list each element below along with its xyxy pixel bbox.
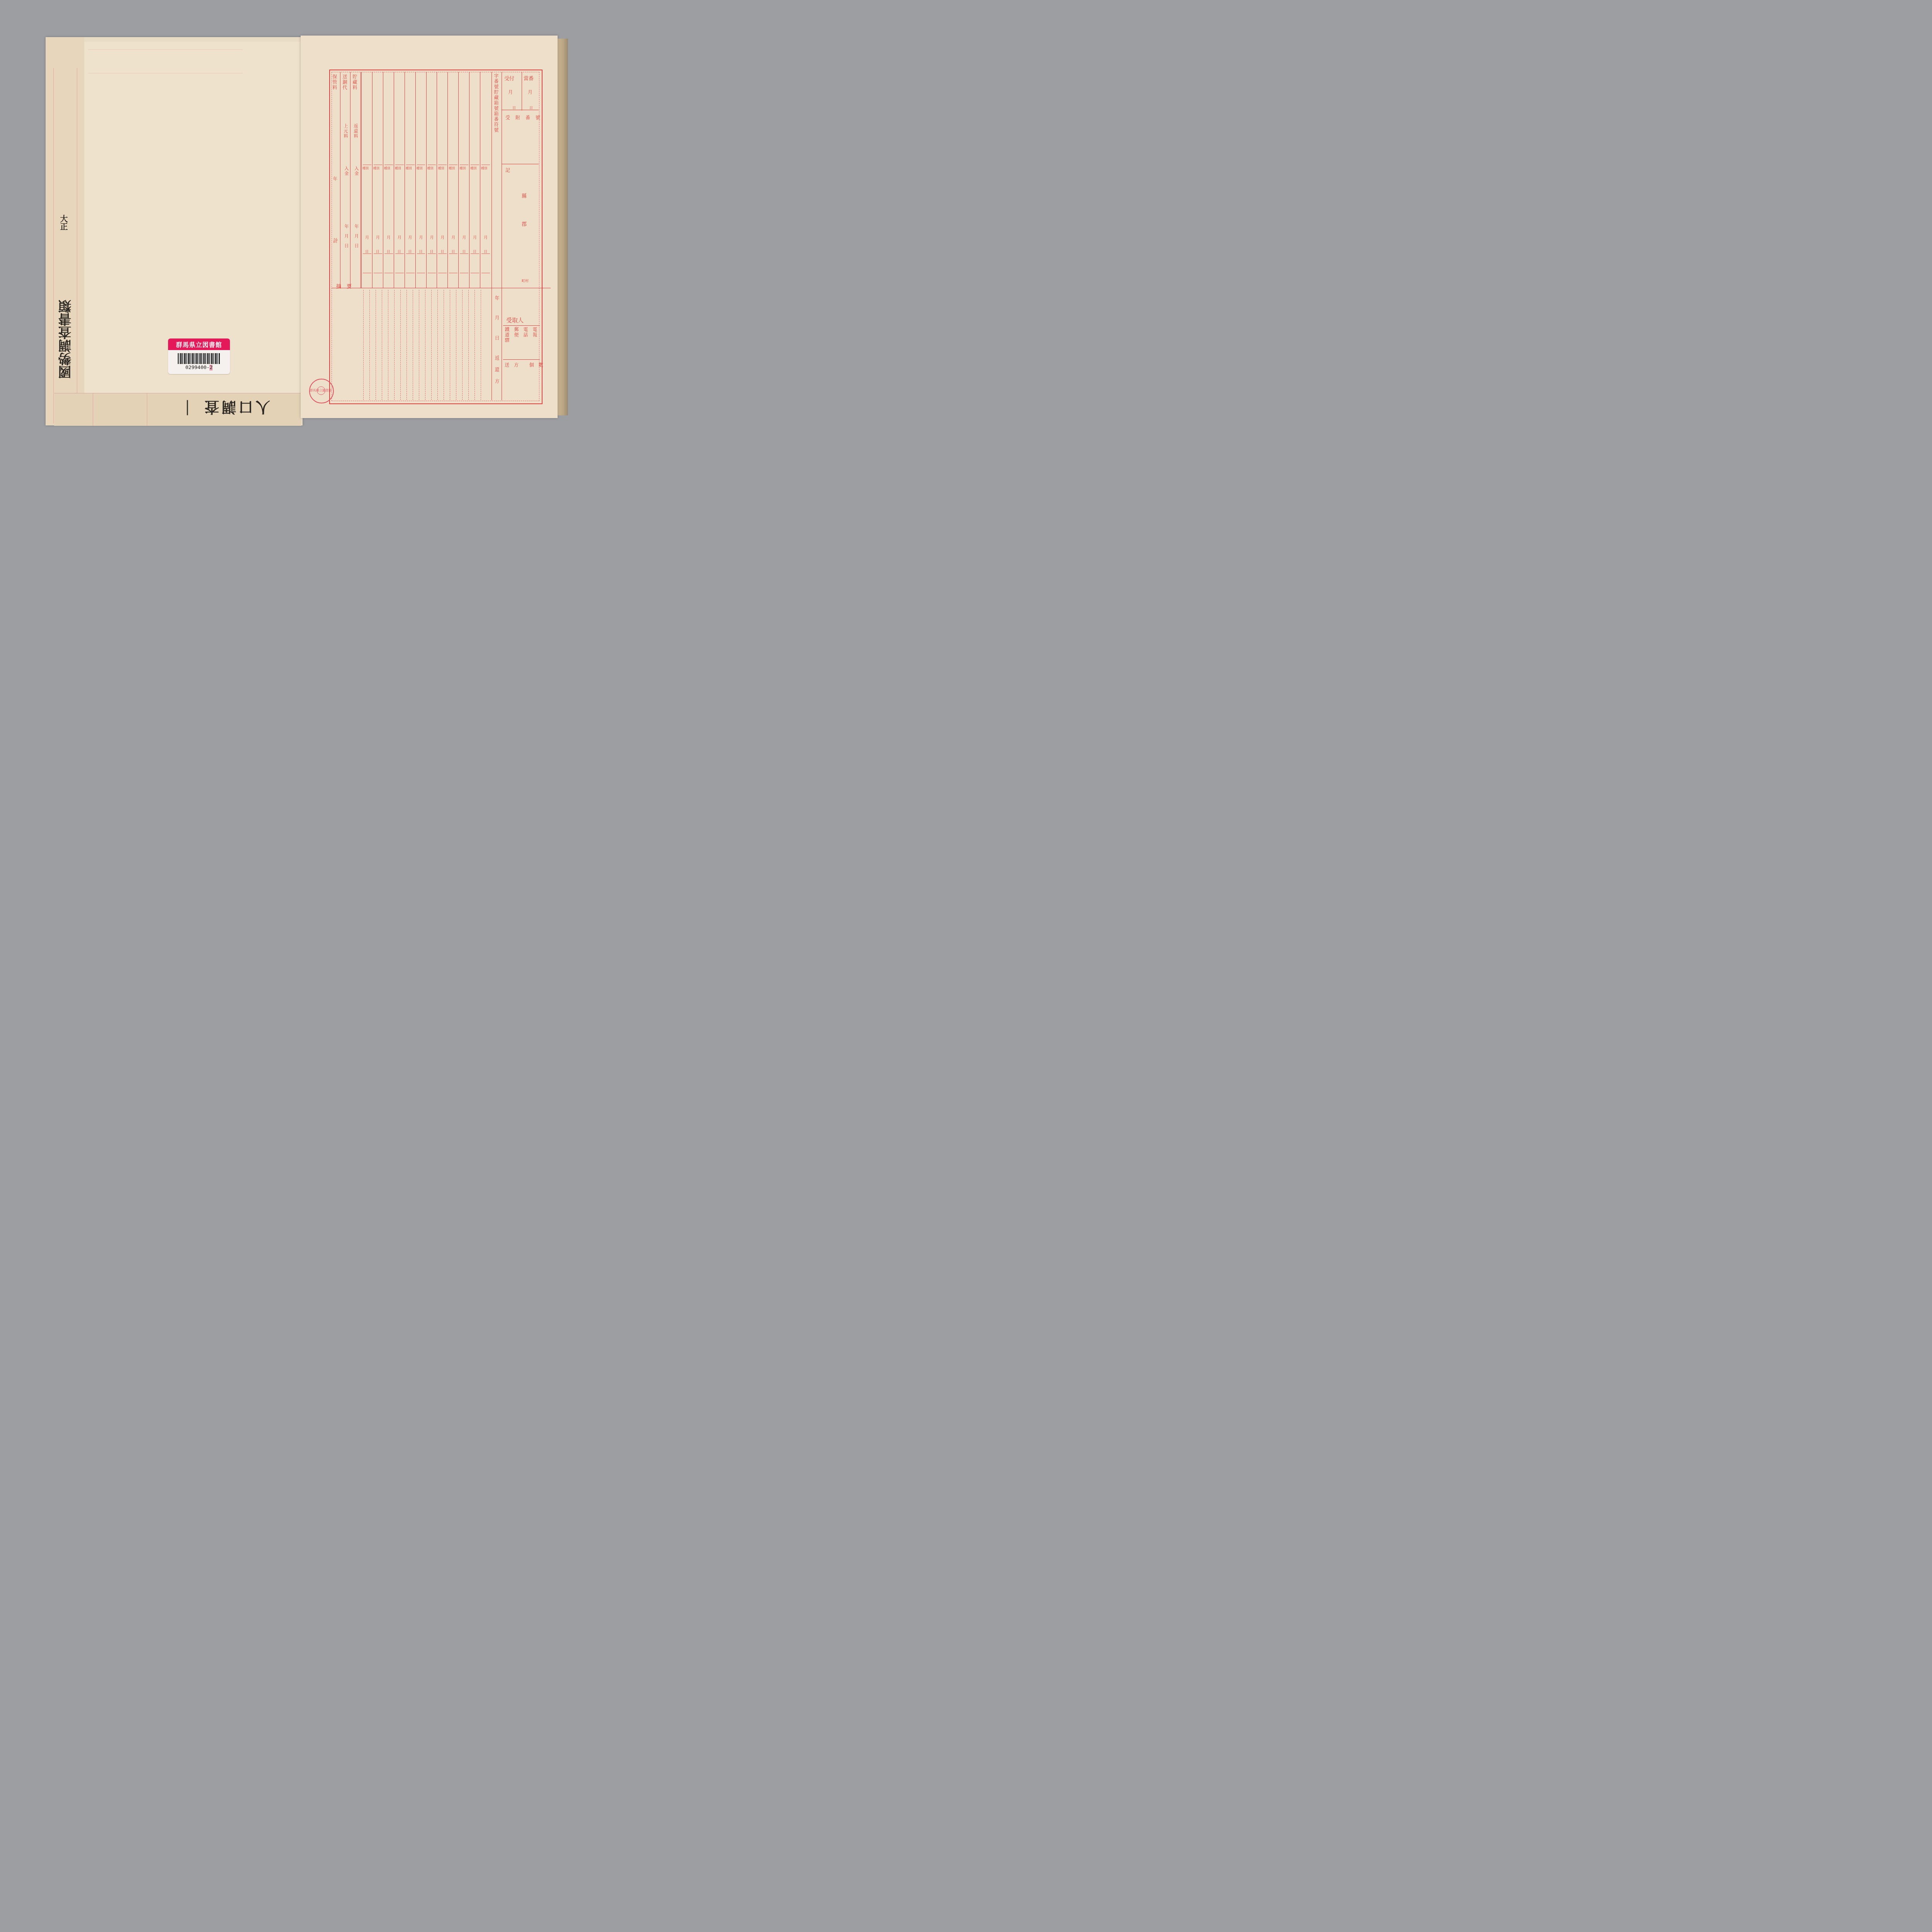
grid-month-label: 月 <box>419 234 423 240</box>
grid-header-label: 種別 <box>459 166 466 170</box>
grid-rule <box>363 165 371 165</box>
grid-rule <box>406 273 415 273</box>
day-label-2: 日 <box>529 105 533 110</box>
grid-month-label: 月 <box>484 234 488 240</box>
grid-column: 種別月日 <box>480 72 491 288</box>
rule <box>350 72 350 288</box>
grid-rule <box>438 253 447 254</box>
grid-column: 種別月日 <box>447 72 458 288</box>
grid-rule <box>481 273 490 273</box>
grid-rule <box>460 165 468 165</box>
grid-column: 種別月日 <box>458 72 469 288</box>
ledger-line <box>363 290 364 400</box>
grid-column: 種別月日 <box>437 72 447 288</box>
ledger-line <box>444 290 444 400</box>
grid-rule <box>460 273 468 273</box>
grid-rule <box>384 165 393 165</box>
grid-rule <box>471 165 479 165</box>
grid-month-label: 月 <box>408 234 412 240</box>
spine-strip: 大正 國勢調查書類 <box>46 37 84 425</box>
return-date-label: 年 月 日 返還方 <box>494 296 500 390</box>
grid-column: 種別月日 <box>405 72 415 288</box>
ledger-line <box>462 290 463 400</box>
grid-column: 種別月日 <box>361 72 372 288</box>
rule <box>492 72 492 288</box>
grid-rule <box>406 165 415 165</box>
strip-rule <box>147 393 147 426</box>
grid-header-label: 種別 <box>438 166 444 170</box>
grid-month-label: 月 <box>462 234 466 240</box>
col-telephone: 電話 <box>522 327 529 338</box>
grid-rule <box>428 253 436 254</box>
grid-rule <box>417 253 425 254</box>
grid-header-label: 種別 <box>384 166 390 170</box>
header-shipping-cost: 送銅代 <box>342 74 348 90</box>
ledger-line <box>388 290 388 400</box>
grid-rule <box>417 165 425 165</box>
grid-month-label: 月 <box>451 234 455 240</box>
ledger-line <box>394 290 395 400</box>
day-label-1: 日 <box>512 105 516 110</box>
grid-rule <box>374 253 382 254</box>
ledger-line <box>382 290 382 400</box>
ledger-line <box>406 290 407 400</box>
grid-header-label: 種別 <box>449 166 455 170</box>
vertical-label-numbers: 字番號貯藏箱號箱番符號 <box>493 73 500 133</box>
col-post: 郵便 <box>513 327 520 338</box>
row-deposit-2: 入金 <box>353 166 359 176</box>
region-labels: 縣郡 <box>520 193 527 250</box>
bottom-strip-handwriting: 人口調査 ｜ <box>178 398 270 419</box>
rule <box>361 72 361 288</box>
grid-header-label: 種別 <box>417 166 423 170</box>
ledger-line <box>468 290 469 400</box>
barcode-number: 0299400-2 <box>168 365 230 371</box>
grid-header-label: 種別 <box>395 166 401 170</box>
date-year-month-day-2: 年月日 <box>353 224 359 253</box>
grid-rule <box>395 253 404 254</box>
grid-rule <box>438 165 447 165</box>
grid-rule <box>471 253 479 254</box>
recipient-title: 受取人 <box>506 316 524 324</box>
grid-rule <box>471 273 479 273</box>
grid-rule <box>449 165 457 165</box>
rule <box>332 288 551 288</box>
grid-rule <box>438 273 447 273</box>
bottom-strip: 人口調査 ｜ <box>54 393 301 426</box>
ledger-line <box>450 290 450 400</box>
grid-rule <box>384 253 393 254</box>
grid-month-label: 月 <box>430 234 434 240</box>
ledger-line <box>400 290 401 400</box>
strip-rule <box>93 393 93 426</box>
grid-month-label: 月 <box>387 234 391 240</box>
rule <box>503 325 540 326</box>
rule <box>502 72 502 288</box>
ledger-line <box>369 290 370 400</box>
subheader-2: 返還料 <box>352 124 359 139</box>
stamp-text: 群馬縣立圖書館 <box>309 379 332 402</box>
grid-rule <box>449 253 457 254</box>
header-duty: 當番 <box>524 74 534 82</box>
grid-rule <box>374 165 382 165</box>
grid-column: 種別月日 <box>394 72 405 288</box>
grid-rule <box>428 273 436 273</box>
col-railway-station: 鐵道驛 <box>504 327 510 343</box>
grid-column: 種別月日 <box>372 72 383 288</box>
faint-ruling <box>88 49 243 73</box>
grid-column: 種別月日 <box>383 72 394 288</box>
barcode-icon <box>178 353 220 364</box>
header-storage-fee: 保管料 <box>332 74 338 90</box>
grid-month-label: 月 <box>473 234 477 240</box>
grid-rule <box>395 273 404 273</box>
ledger-line <box>481 290 481 400</box>
rule <box>522 72 522 111</box>
grid-header-label: 種別 <box>481 166 487 170</box>
col-telegraph: 電報 <box>532 327 538 338</box>
grid-month-label: 月 <box>398 234 401 240</box>
ledger-line <box>474 290 475 400</box>
rule <box>503 359 540 360</box>
grid-rule <box>384 273 393 273</box>
ledger-line <box>425 290 425 400</box>
grid-header-label: 種別 <box>362 166 369 170</box>
rule <box>502 288 502 400</box>
grid-rule <box>363 273 371 273</box>
grid-rule <box>481 165 490 165</box>
grid-column: 種別月日 <box>426 72 437 288</box>
library-barcode-label: 群馬県立図書館 0299400-2 <box>168 338 230 374</box>
rule <box>492 288 492 400</box>
rule <box>502 164 539 164</box>
row-deposit-1: 入金 <box>343 166 349 176</box>
grid-rule <box>481 253 490 254</box>
grid-column: 種別月日 <box>469 72 480 288</box>
subheader-1: 上元料 <box>342 124 349 139</box>
grid-rule <box>460 253 468 254</box>
ledger-line <box>431 290 432 400</box>
ledger-line <box>376 290 376 400</box>
header-warehouse-fee: 貯藏料 <box>352 74 358 90</box>
row-year: 年 <box>333 176 337 182</box>
month-label-1: 月 <box>508 89 513 95</box>
town-village-label: 町村 <box>522 278 529 283</box>
row-remarks: 摘要 <box>336 282 357 289</box>
entry-grid: 種別月日種別月日種別月日種別月日種別月日種別月日種別月日種別月日種別月日種別月日… <box>361 72 491 288</box>
spine-handwriting-title: 國勢調查書類 <box>56 300 75 379</box>
ledger-line <box>437 290 438 400</box>
receipt-number-label: 受附番號 <box>505 114 546 121</box>
library-name: 群馬県立図書館 <box>168 338 230 350</box>
header-receipt: 受付 <box>504 74 514 82</box>
grid-rule <box>449 273 457 273</box>
ledger-line <box>413 290 413 400</box>
rule <box>340 72 340 288</box>
date-year-month-day-1: 年月日 <box>343 224 349 253</box>
grid-rule <box>428 165 436 165</box>
barcode-digits: 0299400- <box>185 365 210 371</box>
grid-rule <box>374 273 382 273</box>
grid-header-label: 種別 <box>373 166 379 170</box>
grid-rule <box>395 165 404 165</box>
ledger-line <box>419 290 419 400</box>
grid-month-label: 月 <box>376 234 380 240</box>
grid-month-label: 月 <box>440 234 444 240</box>
grid-rule <box>363 253 371 254</box>
grid-rule <box>417 273 425 273</box>
ledger-line <box>456 290 456 400</box>
grid-header-label: 種別 <box>470 166 476 170</box>
spine-handwriting-top: 大正 <box>58 215 69 230</box>
delivery-count-label: 送方 個數 <box>505 362 548 368</box>
rule <box>502 110 539 110</box>
middle-label: 記 <box>505 167 519 173</box>
grid-header-label: 種別 <box>427 166 434 170</box>
grid-month-label: 月 <box>365 234 369 240</box>
grid-rule <box>406 253 415 254</box>
copy-number: 2 <box>209 365 213 371</box>
month-label-2: 月 <box>528 89 532 95</box>
grid-header-label: 種別 <box>406 166 412 170</box>
grid-column: 種別月日 <box>415 72 426 288</box>
row-total: 計 <box>333 236 338 244</box>
